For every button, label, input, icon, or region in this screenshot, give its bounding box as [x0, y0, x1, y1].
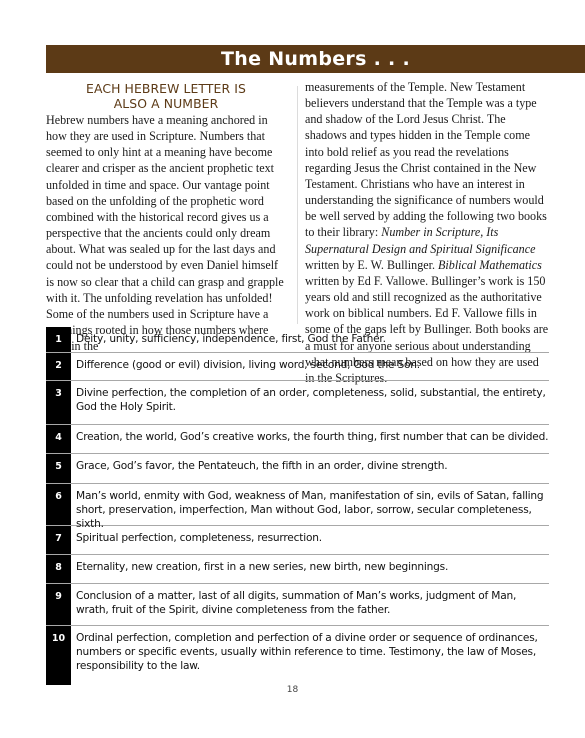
- page-number: 18: [0, 685, 585, 695]
- number-cell: 3: [46, 381, 71, 424]
- number-cell: 8: [46, 555, 71, 583]
- numbers-meaning-table: 1 Deity, unity, sufficiency, independenc…: [46, 327, 549, 685]
- number-cell: 4: [46, 425, 71, 453]
- number-cell: 5: [46, 454, 71, 483]
- number-cell: 1: [46, 327, 71, 352]
- column-divider: [297, 86, 298, 324]
- table-row: 4 Creation, the world, God’s creative wo…: [46, 425, 549, 454]
- section-subhead: EACH HEBREW LETTER IS ALSO A NUMBER: [46, 81, 286, 111]
- intro-paragraph: Hebrew numbers have a meaning anchored i…: [46, 112, 286, 354]
- meaning-cell: Creation, the world, God’s creative work…: [71, 425, 549, 453]
- page-title: The Numbers . . .: [46, 45, 585, 73]
- paragraph-text-2: written by E. W. Bullinger.: [305, 258, 438, 272]
- subhead-line-2: ALSO A NUMBER: [46, 96, 286, 111]
- meaning-cell: Eternality, new creation, first in a new…: [71, 555, 549, 583]
- document-page: The Numbers . . . EACH HEBREW LETTER IS …: [0, 0, 585, 738]
- table-row: 5 Grace, God’s favor, the Pentateuch, th…: [46, 454, 549, 484]
- meaning-cell: Divine perfection, the completion of an …: [71, 381, 549, 424]
- table-row: 9 Conclusion of a matter, last of all di…: [46, 584, 549, 626]
- table-row: 6 Man’s world, enmity with God, weakness…: [46, 484, 549, 526]
- meaning-cell: Ordinal perfection, completion and perfe…: [71, 626, 549, 685]
- book-title-2: Biblical Mathematics: [438, 258, 542, 272]
- meaning-cell: Man’s world, enmity with God, weakness o…: [71, 484, 549, 525]
- table-row: 3 Divine perfection, the completion of a…: [46, 381, 549, 425]
- left-column: EACH HEBREW LETTER IS ALSO A NUMBER Hebr…: [46, 78, 286, 354]
- number-cell: 6: [46, 484, 71, 525]
- table-row: 8 Eternality, new creation, first in a n…: [46, 555, 549, 584]
- table-row: 1 Deity, unity, sufficiency, independenc…: [46, 327, 549, 353]
- number-cell: 9: [46, 584, 71, 625]
- meaning-cell: Difference (good or evil) division, livi…: [71, 353, 549, 380]
- subhead-line-1: EACH HEBREW LETTER IS: [46, 81, 286, 96]
- table-row: 7 Spiritual perfection, completeness, re…: [46, 526, 549, 555]
- number-cell: 2: [46, 353, 71, 380]
- meaning-cell: Spiritual perfection, completeness, resu…: [71, 526, 549, 554]
- paragraph-text-1: measurements of the Temple. New Testamen…: [305, 80, 547, 239]
- number-cell: 7: [46, 526, 71, 554]
- meaning-cell: Deity, unity, sufficiency, independence,…: [71, 327, 549, 352]
- number-cell: 10: [46, 626, 71, 685]
- meaning-cell: Conclusion of a matter, last of all digi…: [71, 584, 549, 625]
- table-row: 2 Difference (good or evil) division, li…: [46, 353, 549, 381]
- table-row: 10 Ordinal perfection, completion and pe…: [46, 626, 549, 685]
- meaning-cell: Grace, God’s favor, the Pentateuch, the …: [71, 454, 549, 483]
